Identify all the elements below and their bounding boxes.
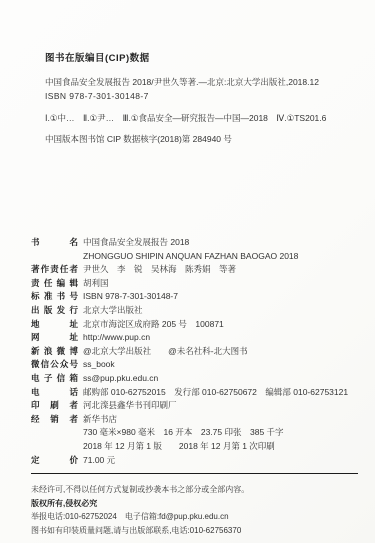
field-label: 书名 bbox=[31, 236, 78, 250]
field-label: 电话 bbox=[31, 386, 78, 400]
copyright-page: 图书在版编目(CIP)数据 中国食品安全发展报告 2018/尹世久等著.—北京:… bbox=[0, 0, 375, 543]
field-label: 定价 bbox=[31, 454, 78, 468]
metadata-row-email: 电子信箱 ss@pup.pku.edu.cn bbox=[31, 372, 359, 386]
report-contact: 举报电话:010-62752024 电子信箱:fd@pup.pku.edu.cn bbox=[31, 510, 359, 524]
field-label: 印刷者 bbox=[31, 399, 78, 413]
metadata-row-weibo: 新浪微博 @北京大学出版社 @未名社科-北大图书 bbox=[31, 345, 359, 359]
all-rights-reserved: 版权所有,侵权必究 bbox=[31, 497, 359, 511]
field-value: 胡利国 bbox=[83, 277, 109, 291]
footer-divider bbox=[31, 473, 358, 474]
metadata-row-website: 网址 http://www.pup.cn bbox=[31, 331, 359, 345]
field-value: ISBN 978-7-301-30148-7 bbox=[83, 290, 178, 304]
field-label: 标准书号 bbox=[31, 290, 78, 304]
field-value: 北京大学出版社 bbox=[83, 304, 143, 318]
field-label: 著作责任者 bbox=[31, 263, 78, 277]
metadata-row-title-pinyin: ZHONGGUO SHIPIN ANQUAN FAZHAN BAOGAO 201… bbox=[31, 250, 359, 264]
field-label: 责任编辑 bbox=[31, 277, 78, 291]
copyright-footer: 未经许可,不得以任何方式复制或抄袭本书之部分或全部内容。 版权所有,侵权必究 举… bbox=[31, 483, 359, 537]
field-value: 2018 年 12 月第 1 版 2018 年 12 月第 1 次印刷 bbox=[83, 440, 275, 454]
cip-block: 图书在版编目(CIP)数据 中国食品安全发展报告 2018/尹世久等著.—北京:… bbox=[45, 50, 359, 146]
cip-record-number: 中国版本图书馆 CIP 数据核字(2018)第 284940 号 bbox=[45, 132, 359, 146]
field-label: 地址 bbox=[31, 318, 78, 332]
metadata-row-distributor: 经销者 新华书店 bbox=[31, 413, 359, 427]
field-value: 中国食品安全发展报告 2018 bbox=[83, 236, 189, 250]
metadata-row-authors: 著作责任者 尹世久 李 锐 吴林海 陈秀娟 等著 bbox=[31, 263, 359, 277]
field-value: 河北滦县鑫华书刊印刷厂 bbox=[83, 399, 177, 413]
metadata-row-printer: 印刷者 河北滦县鑫华书刊印刷厂 bbox=[31, 399, 359, 413]
field-value: ss@pup.pku.edu.cn bbox=[83, 372, 158, 386]
metadata-row-publisher: 出版发行 北京大学出版社 bbox=[31, 304, 359, 318]
metadata-row-format: 730 毫米×980 毫米 16 开本 23.75 印张 385 千字 bbox=[31, 426, 359, 440]
field-value: ss_book bbox=[83, 358, 115, 372]
field-label: 电子信箱 bbox=[31, 372, 78, 386]
field-label: 网址 bbox=[31, 331, 78, 345]
metadata-row-address: 地址 北京市海淀区成府路 205 号 100871 bbox=[31, 318, 359, 332]
no-copy-notice: 未经许可,不得以任何方式复制或抄袭本书之部分或全部内容。 bbox=[31, 483, 359, 497]
field-label: 微信公众号 bbox=[31, 358, 78, 372]
field-value: 新华书店 bbox=[83, 413, 117, 427]
book-metadata: 书名 中国食品安全发展报告 2018 ZHONGGUO SHIPIN ANQUA… bbox=[31, 236, 359, 467]
metadata-row-isbn: 标准书号 ISBN 978-7-301-30148-7 bbox=[31, 290, 359, 304]
field-label: 新浪微博 bbox=[31, 345, 78, 359]
field-value: 71.00 元 bbox=[83, 454, 115, 468]
field-value: @北京大学出版社 @未名社科-北大图书 bbox=[83, 345, 248, 359]
field-label: 出版发行 bbox=[31, 304, 78, 318]
cip-isbn: ISBN 978-7-301-30148-7 bbox=[45, 89, 359, 103]
field-value: http://www.pup.cn bbox=[83, 331, 150, 345]
quality-contact: 图书如有印装质量问题,请与出版部联系,电话:010-62756370 bbox=[31, 524, 359, 538]
metadata-row-price: 定价 71.00 元 bbox=[31, 454, 359, 468]
field-value: ZHONGGUO SHIPIN ANQUAN FAZHAN BAOGAO 201… bbox=[83, 250, 298, 264]
field-value: 730 毫米×980 毫米 16 开本 23.75 印张 385 千字 bbox=[83, 426, 284, 440]
field-value: 邮购部 010-62752015 发行部 010-62750672 编辑部 01… bbox=[83, 386, 348, 400]
cip-classification: Ⅰ.①中… Ⅱ.①尹… Ⅲ.①食品安全—研究报告—中国—2018 Ⅳ.①TS20… bbox=[45, 111, 359, 125]
metadata-row-editor: 责任编辑 胡利国 bbox=[31, 277, 359, 291]
cip-description: 中国食品安全发展报告 2018/尹世久等著.—北京:北京大学出版社,2018.1… bbox=[45, 75, 359, 89]
field-value: 北京市海淀区成府路 205 号 100871 bbox=[83, 318, 224, 332]
metadata-row-edition: 2018 年 12 月第 1 版 2018 年 12 月第 1 次印刷 bbox=[31, 440, 359, 454]
field-label: 经销者 bbox=[31, 413, 78, 427]
metadata-row-title: 书名 中国食品安全发展报告 2018 bbox=[31, 236, 359, 250]
cip-heading: 图书在版编目(CIP)数据 bbox=[45, 50, 359, 64]
field-value: 尹世久 李 锐 吴林海 陈秀娟 等著 bbox=[83, 263, 236, 277]
metadata-row-phones: 电话 邮购部 010-62752015 发行部 010-62750672 编辑部… bbox=[31, 386, 359, 400]
metadata-row-wechat: 微信公众号 ss_book bbox=[31, 358, 359, 372]
